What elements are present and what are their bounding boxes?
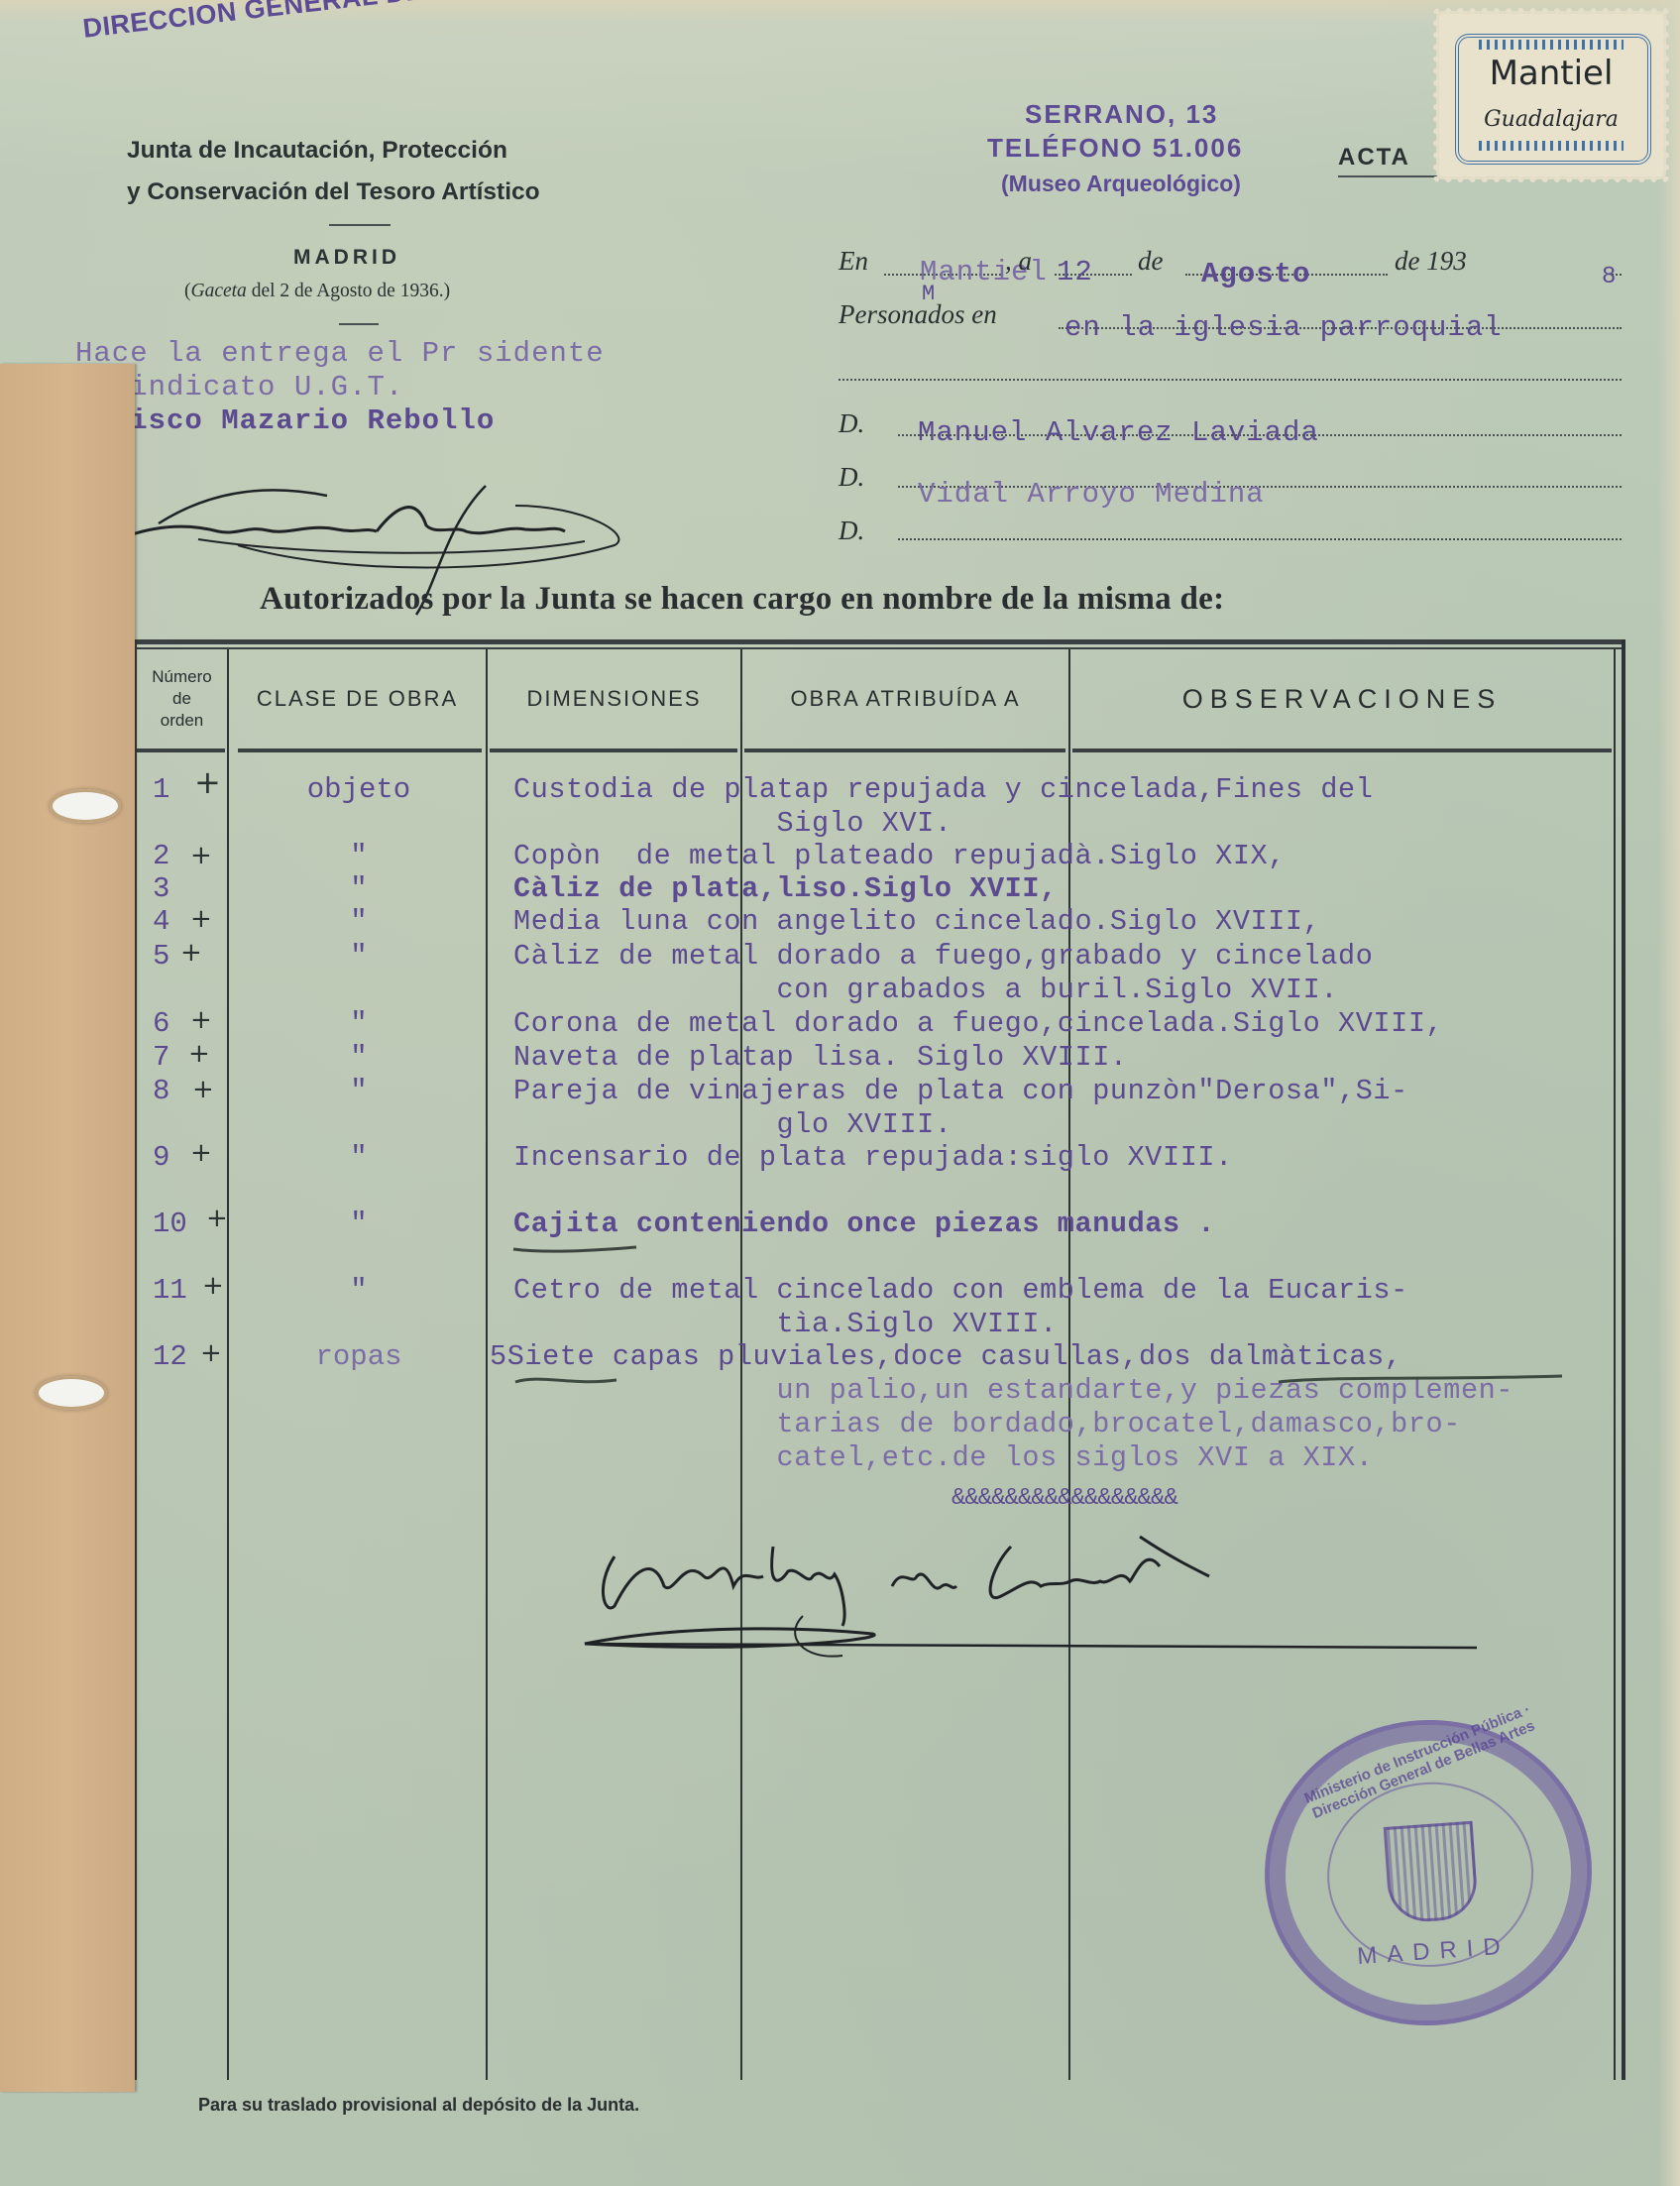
de-label-2: de 193 [1395, 246, 1467, 277]
row-6-check-mark: + [190, 1005, 212, 1035]
row-1-description-line-1: Custodia de platap repujada y cincelada,… [513, 773, 1373, 806]
row-12-description-line-4: catel,etc.de los siglos XVI a XIX. [513, 1441, 1373, 1474]
label-province: Guadalajara [1439, 107, 1663, 132]
d-label-2: D. [839, 462, 864, 493]
header-dimensiones: DIMENSIONES [488, 649, 740, 748]
header-observaciones: OBSERVACIONES [1070, 649, 1614, 748]
delivery-line-1: Hace la entrega el Pr sidente [75, 337, 605, 370]
header-numero-line2: de [152, 688, 211, 710]
header-city: MADRID [293, 246, 400, 270]
header-numero-line1: Número [152, 666, 211, 688]
row-2-clase: " [230, 840, 488, 872]
row-12-description-line-3: tarias de bordado,brocatel,damasco,bro- [513, 1408, 1461, 1440]
row-1-clase: objeto [230, 773, 488, 806]
row-4-clase: " [230, 905, 488, 938]
header-rule-1 [137, 748, 225, 752]
row-10-description: Cajita conteniendo once piezas manudas . [513, 1208, 1215, 1240]
row-6-number: 6 [153, 1007, 169, 1040]
punch-hole-2 [36, 1376, 107, 1410]
end-of-list-marker: &&&&&&&&&&&&&&&&& [952, 1485, 1177, 1512]
address-street: SERRANO, 13 [1025, 99, 1218, 130]
row-11-number: 11 [153, 1274, 187, 1307]
row-10-number: 10 [153, 1208, 187, 1240]
person-dotline-3 [898, 538, 1622, 540]
header-divider-2 [339, 323, 379, 325]
table-right-border [1622, 639, 1625, 2080]
gaceta-date: del 2 de Agosto de 1936.) [247, 281, 450, 301]
row-8-clase: " [230, 1075, 488, 1107]
year-dotline [1612, 274, 1622, 276]
d-label-1: D. [839, 408, 864, 439]
header-numero-line3: orden [152, 710, 211, 732]
acta-label: ACTA [1338, 144, 1410, 172]
location-dotline-2 [839, 379, 1622, 381]
column-divider-1 [227, 649, 229, 2080]
row-5-clase: " [230, 940, 488, 973]
header-obra-atribuida: OBRA ATRIBUÍDA A [742, 649, 1068, 748]
row-9-number: 9 [153, 1141, 169, 1174]
gaceta-reference: (Gaceta del 2 de Agosto de 1936.) [184, 281, 450, 302]
header-rule-3 [490, 748, 737, 752]
row-12-description-line-1: 5Siete capas pluviales,doce casullas,dos… [490, 1340, 1402, 1373]
table-title: Autorizados por la Junta se hacen cargo … [260, 581, 1224, 618]
row-8-description-line-1: Pareja de vinajeras de plata con punzòn"… [513, 1075, 1408, 1107]
header-numero-de-orden: Número de orden [137, 649, 227, 748]
pencil-underline-cajita [505, 1239, 644, 1259]
d-label-3: D. [839, 516, 864, 546]
header-rule-5 [1072, 748, 1612, 752]
person-1: Manuel Alvarez Laviada [918, 416, 1319, 449]
row-4-number: 4 [153, 905, 169, 938]
row-8-check-mark: + [192, 1075, 214, 1104]
personados-label: Personados en [839, 299, 997, 330]
row-7-number: 7 [153, 1041, 169, 1074]
pencil-underline-dalmaticas [1275, 1374, 1572, 1394]
row-8-number: 8 [153, 1075, 169, 1107]
punch-hole-1 [50, 789, 121, 823]
row-3-number: 3 [153, 872, 169, 905]
table-right-inner-border [1614, 649, 1616, 2080]
footer-note: Para su traslado provisional al depósito… [198, 2095, 639, 2116]
organization-line-1: Junta de Incautación, Protección [127, 137, 507, 165]
row-3-clase: " [230, 872, 488, 905]
row-2-description: Copòn de metal plateado repujadà.Siglo X… [513, 840, 1286, 872]
record-location: en la iglesia parroquial [1064, 311, 1503, 344]
en-label: En [839, 246, 868, 277]
row-7-check-mark: + [188, 1039, 210, 1069]
row-2-number: 2 [153, 840, 169, 872]
row-6-clase: " [230, 1007, 488, 1040]
row-4-description: Media luna con angelito cincelado.Siglo … [513, 905, 1320, 938]
row-5-description-line-2: con grabados a buril.Siglo XVII. [513, 974, 1338, 1006]
table-top-border [133, 639, 1624, 644]
row-6-description: Corona de metal dorado a fuego,cincelada… [513, 1007, 1443, 1040]
row-1-description-line-2: Siglo XVI. [513, 807, 952, 840]
label-ornament-top [1479, 40, 1624, 50]
row-5-number: 5 [153, 940, 169, 973]
row-10-clase: " [230, 1208, 488, 1240]
row-7-description: Naveta de platap lisa. Siglo XVIII. [513, 1041, 1128, 1074]
row-11-description-line-2: tìa.Siglo XVIII. [513, 1308, 1058, 1340]
row-1-number: 1 [153, 773, 169, 806]
row-4-check-mark: + [190, 904, 212, 934]
paper-right-edge [1658, 0, 1680, 2186]
row-1-check-mark: + [194, 763, 221, 801]
row-9-description: Incensario de plata repujada:siglo XVIII… [513, 1141, 1233, 1174]
record-day: 12 [1057, 256, 1093, 288]
address-museum: (Museo Arqueológico) [1001, 171, 1241, 197]
label-town: Mantiel [1439, 54, 1663, 93]
row-10-check-mark: + [206, 1204, 228, 1233]
binding-tape-strip [0, 364, 135, 2092]
row-5-check-mark: + [180, 938, 202, 968]
address-phone: TELÉFONO 51.006 [987, 133, 1243, 164]
record-year-digit: 8 [1602, 264, 1617, 290]
row-12-clase: ropas [230, 1340, 488, 1373]
row-11-check-mark: + [202, 1271, 224, 1301]
row-11-clase: " [230, 1274, 488, 1307]
row-12-number: 12 [153, 1340, 187, 1373]
receiver-signatures [575, 1527, 1566, 1675]
row-9-clase: " [230, 1141, 488, 1174]
gaceta-title: Gaceta [191, 281, 247, 301]
place-label-sticker: Mantiel Guadalajara [1439, 14, 1663, 176]
header-rule-2 [238, 748, 482, 752]
row-3-description: Càliz de plata,liso.Siglo XVII, [513, 872, 1058, 905]
header-divider [329, 224, 391, 226]
row-7-clase: " [230, 1041, 488, 1074]
header-rule-4 [744, 748, 1065, 752]
row-8-description-line-2: glo XVIII. [513, 1108, 952, 1141]
person-2: Vidal Arroyo Medina [918, 478, 1265, 511]
row-12-check-mark: + [200, 1338, 222, 1368]
organization-line-2: y Conservación del Tesoro Artístico [127, 178, 540, 206]
coat-of-arms-icon [1384, 1821, 1480, 1924]
pencil-underline-siete [511, 1372, 630, 1392]
label-ornament-bottom [1479, 141, 1624, 151]
row-2-check-mark: + [190, 841, 212, 870]
header-clase-de-obra: CLASE DE OBRA [229, 649, 486, 748]
a-label: , a [1005, 246, 1032, 277]
row-5-description-line-1: Càliz de metal dorado a fuego,grabado y … [513, 940, 1373, 973]
row-11-description-line-1: Cetro de metal cincelado con emblema de … [513, 1274, 1408, 1307]
de-label-1: de [1138, 246, 1163, 277]
row-9-check-mark: + [190, 1138, 212, 1168]
delivery-line-3: ancisco Mazario Rebollo [75, 404, 495, 437]
record-month: Agosto [1201, 258, 1310, 290]
